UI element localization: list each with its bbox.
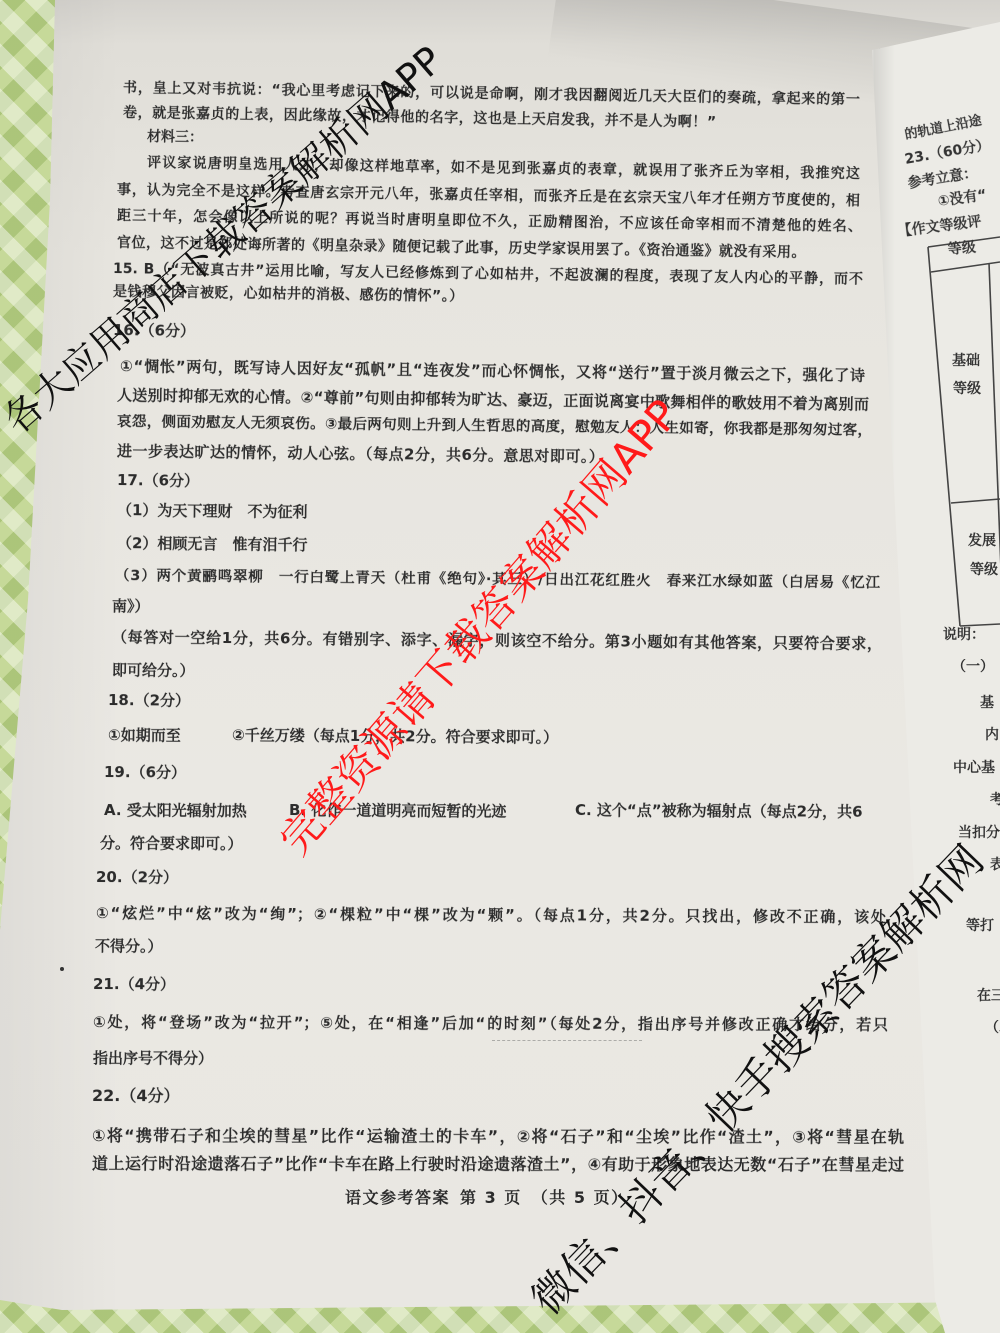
- answer-19-item-a: A. 受太阳光辐射加热: [104, 801, 247, 820]
- answer-17-line: （1）为天下理财 不为征利: [117, 501, 308, 521]
- photo-of-answer-sheet: 书，皇上又对韦抗说：“我心里考虑记下来的，可以说是命啊，刚才我因翻阅近几天大臣们…: [0, 0, 1000, 1333]
- ink-dot: [60, 967, 64, 971]
- grading-table-header: 等级: [947, 240, 976, 259]
- answer-20-line: 不得分。）: [95, 937, 163, 955]
- adjacent-note: 基: [980, 695, 994, 712]
- grading-row-label: 等级: [953, 381, 981, 398]
- adjacent-note: （一）: [952, 659, 994, 676]
- answer-18-item: ①如期而至: [108, 726, 181, 745]
- material-3-line: 评议家说唐明皇选用人才，却像这样地草率，如不是见到张嘉贞的表章，就误用了张齐丘为…: [147, 155, 860, 183]
- answer-22-line: ①将“携带石子和尘埃的彗星”比作“运输渣土的卡车”，②将“石子”和“尘埃”比作“…: [92, 1126, 904, 1147]
- adjacent-note: 说明：: [943, 627, 985, 644]
- grading-row-label: 等级: [970, 562, 998, 579]
- answer-20-line: ①“炫烂”中“炫”改为“绚”；②“棵粒”中“棵”改为“颗”。（每点1分，共2分。…: [96, 904, 886, 926]
- show-through-rule: [492, 1040, 642, 1041]
- adjacent-note: 等打: [966, 918, 994, 935]
- answer-21-line: 指出序号不得分）: [93, 1049, 213, 1067]
- adjacent-note: 内: [985, 727, 999, 744]
- adjacent-note: 中心基: [953, 760, 995, 777]
- answer-19-note: 分。符合要求即可。）: [100, 834, 243, 853]
- passage-line: 卷，就是张嘉贞的上表，因此缘故，才记得他的名字，这也是上天启发我，并不是人为啊！…: [123, 105, 717, 131]
- adjacent-note: 当扣分: [958, 825, 1000, 842]
- page-footer: 语文参考答案第 3 页（共 5 页）: [345, 1185, 639, 1208]
- grading-row-label: 基础: [952, 353, 980, 370]
- question-17-heading: 17.（6分）: [117, 471, 199, 490]
- answer-16-line: 哀怨，侧面劝慰友人无须哀伤。③最后两句则上升到人生哲思的高度，慰勉友人：人生如寄…: [117, 414, 872, 441]
- question-22-heading: 22.（4分）: [92, 1086, 180, 1105]
- answer-16-line: 人送别时抑郁无欢的心情。②“尊前”句则由抑郁转为旷达、豪迈，正面说离宴中歌舞相伴…: [117, 386, 869, 414]
- answer-16-line: 进一步表达旷达的情怀，动人心弦。（每点2分，共6分。意思对即可。）: [117, 442, 605, 466]
- grading-row-label: 发展: [968, 533, 996, 550]
- adjacent-note: （二: [985, 1020, 1000, 1037]
- question-21-heading: 21.（4分）: [93, 975, 175, 993]
- answer-17-line: （2）相顾无言 惟有泪千行: [117, 534, 308, 554]
- footer-page-number: 第 3 页: [460, 1188, 522, 1207]
- adjacent-note: 表: [990, 857, 1000, 874]
- adjacent-note: 考: [990, 792, 1000, 809]
- question-20-heading: 20.（2分）: [96, 868, 178, 886]
- adjacent-note: 在三: [977, 988, 1000, 1005]
- question-18-heading: 18.（2分）: [108, 691, 190, 710]
- answer-17-note: 即可给分。）: [112, 661, 195, 680]
- question-19-heading: 19.（6分）: [104, 763, 186, 782]
- answer-19-item-c: C. 这个“点”被称为辐射点（每点2分，共6: [575, 801, 863, 821]
- answer-sheet-page: 书，皇上又对韦抗说：“我心里考虑记下来的，可以说是命啊，刚才我因翻阅近几天大臣们…: [0, 0, 1000, 1333]
- material-3-heading: 材料三：: [147, 129, 203, 147]
- answer-16-line: ①“惆怅”两句，既写诗人因好友“孤帆”且“连夜发”而心怀惆怅，又将“送行”置于淡…: [120, 357, 865, 385]
- footer-title: 语文参考答案: [345, 1188, 450, 1207]
- answer-22-line: 道上运行时沿途遗落石子”比作“卡车在路上行驶时沿途遗落渣土”，④有助于形象地表达…: [92, 1154, 904, 1175]
- answer-17-line: 南》）: [112, 597, 150, 615]
